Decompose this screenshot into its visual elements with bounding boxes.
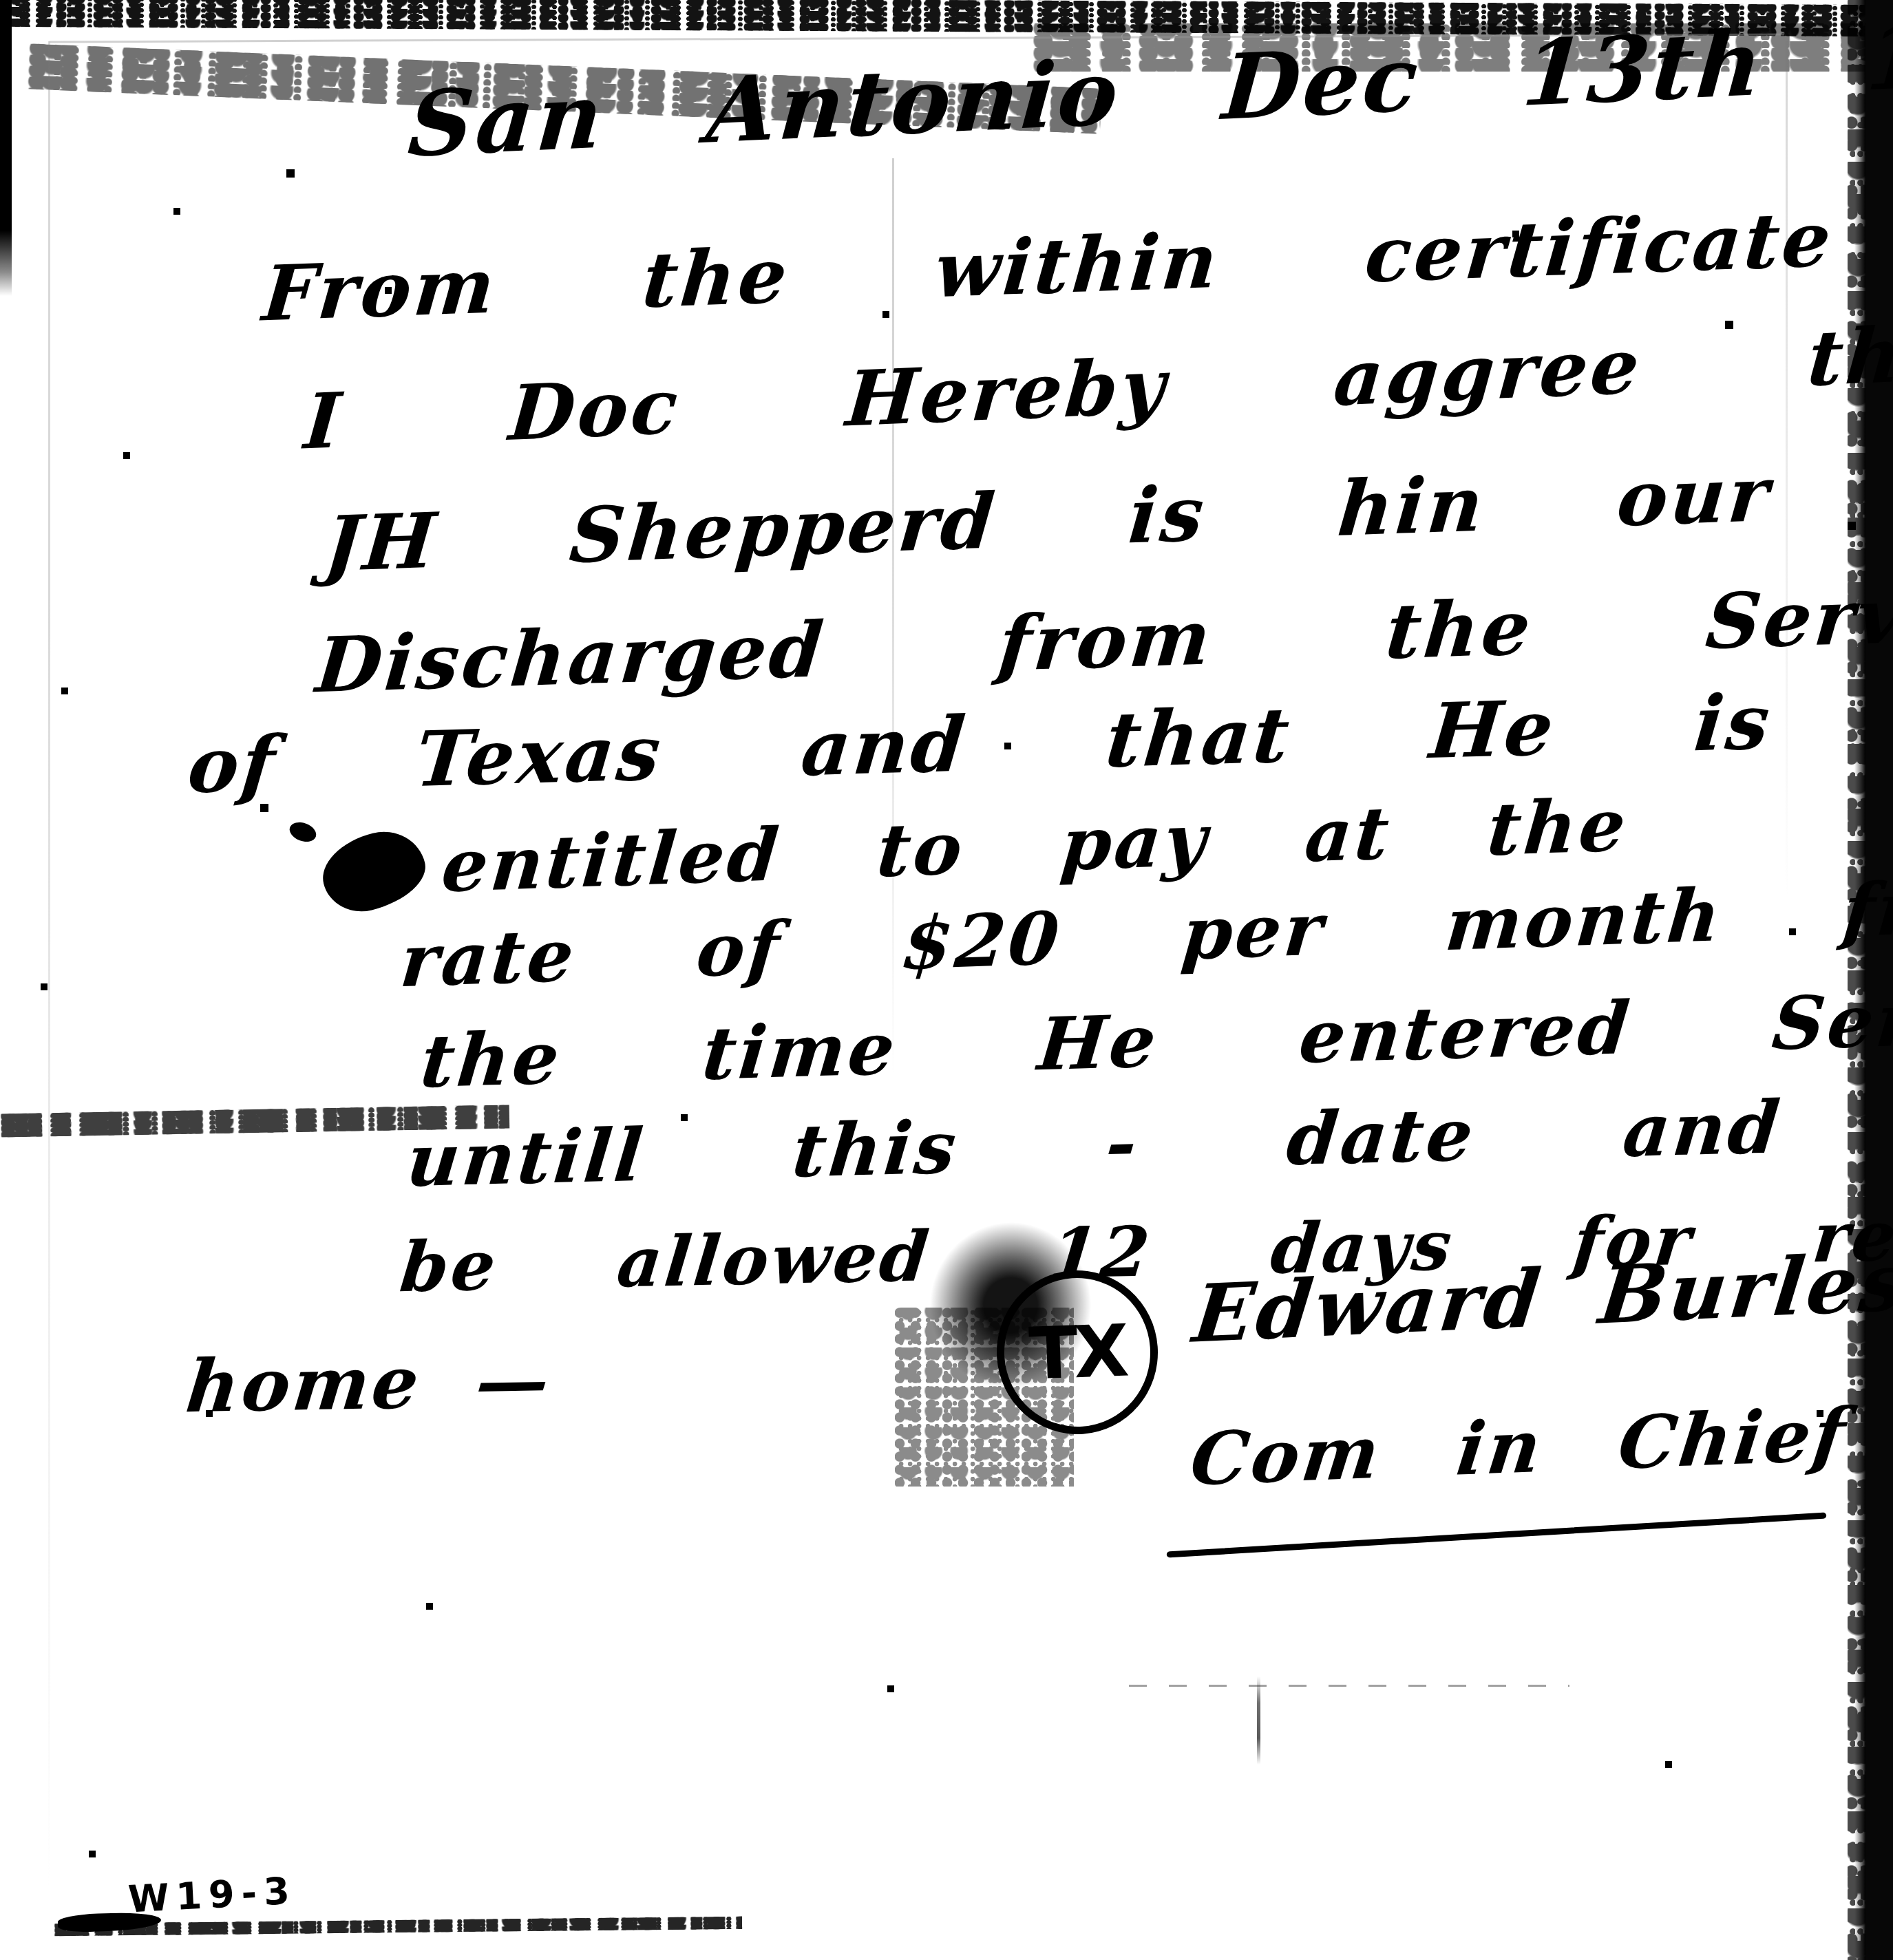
archive-mark: W19-3 [127,1869,298,1921]
body-line: home — [182,1337,556,1429]
scanned-document-page: San Antonio Dec 13th 1835 From the withi… [0,0,1893,1960]
ink-blot-small [287,819,319,845]
body-line: JH Shepperd is hin our ably [321,438,1893,589]
fold-dash-lower [1129,1685,1569,1687]
page-border-left-line [48,41,50,1893]
body-line: I Doc Hereby aggree that [302,306,1893,466]
signature-underline [1167,1513,1827,1558]
body-line: untill this - date and [403,1084,1786,1203]
body-line: From the within certificate [260,194,1837,338]
signature-title: Com in Chief [1186,1391,1852,1502]
scan-stray-dots [0,0,3,3]
ink-blot [315,822,433,919]
fold-tick-lower [1257,1676,1260,1765]
tx-stamp-text: TX [1028,1309,1126,1396]
scan-edge-left-bar [0,0,12,296]
